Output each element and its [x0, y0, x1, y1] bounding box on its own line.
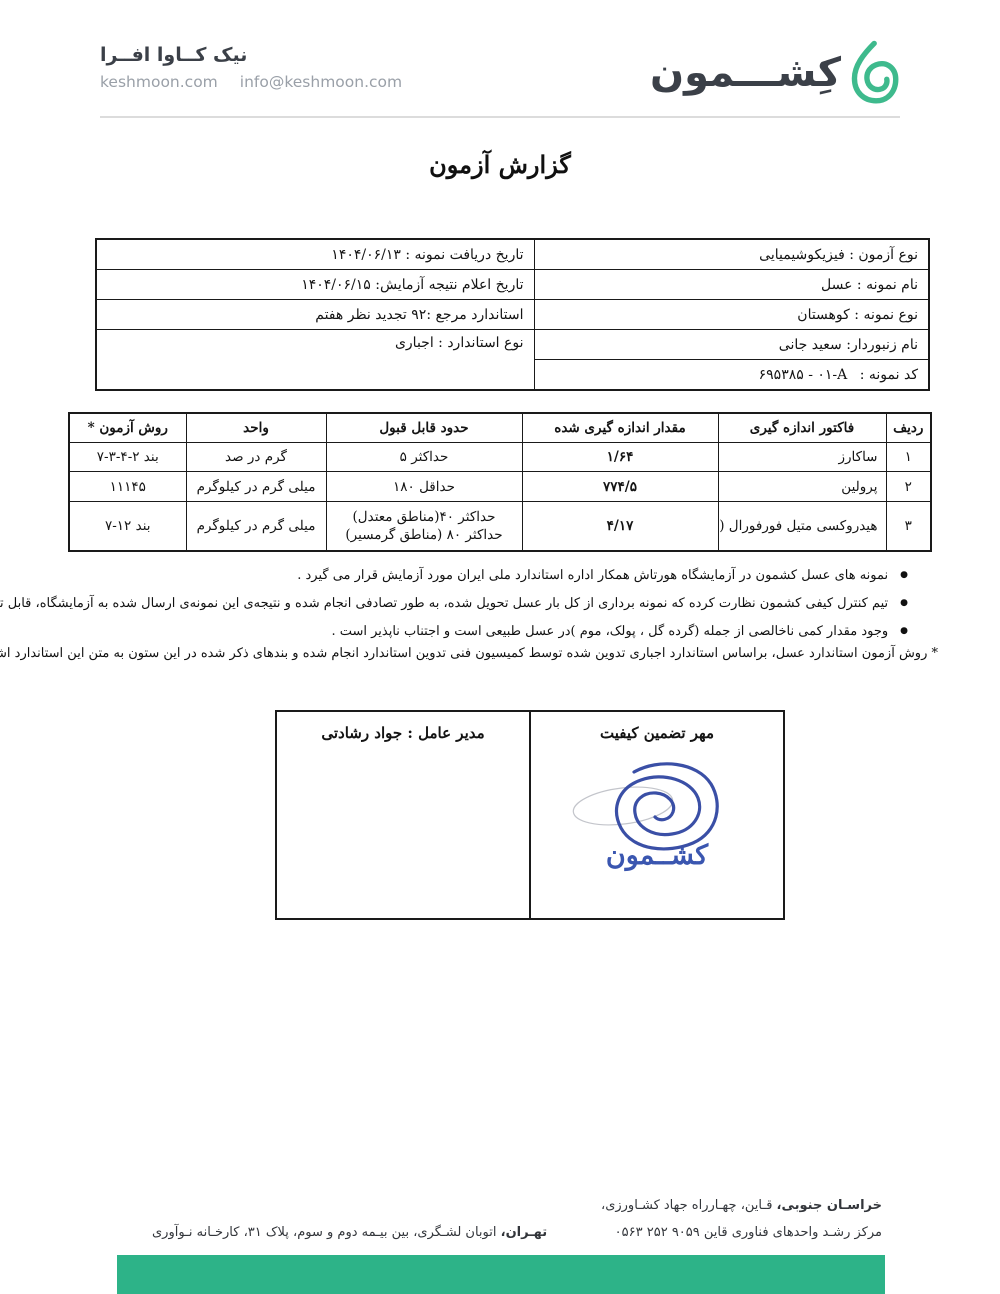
col-header-limits: حدود قابل قبول	[326, 413, 522, 443]
quality-stamp-cell: مهر تضمین کیفیت کشــمون	[529, 712, 783, 918]
limit-line-2: حداکثر ۸۰ (مناطق گرمسیر)	[331, 527, 518, 543]
info-receive-date: تاریخ دریافت نمونه : ۱۴۰۴/۰۶/۱۳	[96, 239, 534, 270]
col-header-unit: واحد	[186, 413, 326, 443]
email-text: info@keshmoon.com	[240, 73, 402, 91]
brand-wordmark: کِشـــمون	[650, 53, 841, 93]
note-text: نمونه های عسل کشمون در آزمایشگاه هورتاش …	[297, 568, 888, 583]
sample-info-table: نوع آزمون : فیزیکوشیمیایی تاریخ دریافت ن…	[95, 238, 930, 391]
sample-code-label: کد نمونه :	[860, 367, 918, 383]
footer-address-tehran: تهـران، اتوبان لشـگری، بین بیـمه دوم و س…	[152, 1219, 547, 1246]
company-name: نیک کــاوا افــرا	[100, 44, 402, 66]
info-sample-kind: نوع نمونه : کوهستان	[534, 300, 929, 330]
info-result-date: تاریخ اعلام نتیجه آزمایش: ۱۴۰۴/۰۶/۱۵	[96, 270, 534, 300]
note-text: وجود مقدار کمی ناخالصی از جمله (گرده گل …	[331, 624, 888, 639]
footer-line1-rest: قـاین، چهـارراه جهاد کشـاورزی،	[601, 1198, 777, 1213]
unit-cell: گرم در صد	[186, 443, 326, 472]
report-page: کِشـــمون نیک کــاوا افــرا keshmoon.com…	[0, 0, 1000, 1294]
page-title: گزارش آزمون	[0, 150, 1000, 179]
website-text: keshmoon.com	[100, 73, 218, 91]
row-number: ۱	[886, 443, 931, 472]
keshmoon-drop-logo-icon	[847, 38, 905, 108]
info-sample-code: کد نمونه : ۶۹۵۳۸۵ - ۰۱-A	[534, 360, 929, 391]
info-beekeeper: نام زنبوردار: سعید جانی	[534, 330, 929, 360]
bullet-icon: ●	[900, 598, 908, 608]
bullet-icon: ●	[900, 626, 908, 636]
col-header-method: روش آزمون *	[69, 413, 186, 443]
signature-box: مهر تضمین کیفیت کشــمون مدیر عامل : جواد…	[275, 710, 785, 920]
row-number: ۲	[886, 472, 931, 502]
footer-address-khorasan: خراسـان جنوبی، قـاین، چهـارراه جهاد کشـا…	[601, 1192, 882, 1246]
method-cell: بند ۲-۴-۳-۷	[69, 443, 186, 472]
note-line: ● نمونه های عسل کشمون در آزمایشگاه هورتا…	[55, 561, 938, 589]
note-line: ● تیم کنترل کیفی کشمون نظارت کرده که نمو…	[55, 589, 938, 617]
note-line: ● وجود مقدار کمی ناخالصی از جمله (گرده گ…	[55, 617, 938, 645]
table-row: ۳ هیدروکسی متیل فورفورال (HMF) ۴/۱۷ حداک…	[69, 502, 931, 552]
ceo-title: مدیر عامل : جواد رشادتی	[277, 724, 529, 742]
col-header-measured: مقدار اندازه گیری شده	[522, 413, 718, 443]
quality-stamp-title: مهر تضمین کیفیت	[531, 724, 783, 742]
factor-cell: هیدروکسی متیل فورفورال (HMF)	[718, 502, 886, 552]
keshmoon-stamp-icon: کشــمون	[571, 754, 743, 872]
unit-cell: میلی گرم در کیلوگرم	[186, 472, 326, 502]
info-test-type: نوع آزمون : فیزیکوشیمیایی	[534, 239, 929, 270]
unit-cell: میلی گرم در کیلوگرم	[186, 502, 326, 552]
factor-cell: ساکارز	[718, 443, 886, 472]
note-text: تیم کنترل کیفی کشمون نظارت کرده که نمونه…	[0, 596, 888, 611]
ceo-signature-cell: مدیر عامل : جواد رشادتی	[277, 712, 529, 918]
row-number: ۳	[886, 502, 931, 552]
method-footnote: * روش آزمون استاندارد عسل، براساس استاند…	[55, 646, 938, 674]
table-row: ۲ پرولین ۷۷۴/۵ حداقل ۱۸۰ میلی گرم در کیل…	[69, 472, 931, 502]
table-row: ۱ ساکارز ۱/۶۴ حداکثر ۵ گرم در صد بند ۲-۴…	[69, 443, 931, 472]
measured-value-cell: ۱/۶۴	[522, 443, 718, 472]
stamp-word: کشــمون	[606, 840, 709, 872]
info-standard-type: نوع استاندارد : اجباری	[96, 330, 534, 391]
limit-cell: حداکثر ۴۰(مناطق معتدل) حداکثر ۸۰ (مناطق …	[326, 502, 522, 552]
info-sample-name: نام نمونه : عسل	[534, 270, 929, 300]
limit-line-1: حداکثر ۴۰(مناطق معتدل)	[331, 509, 518, 525]
factor-cell: پرولین	[718, 472, 886, 502]
footer-line-1: خراسـان جنوبی، قـاین، چهـارراه جهاد کشـا…	[601, 1192, 882, 1219]
bullet-icon: ●	[900, 570, 908, 580]
info-ref-standard: استاندارد مرجع :۹۲ تجدید نظر هفتم	[96, 300, 534, 330]
measured-value-cell: ۷۷۴/۵	[522, 472, 718, 502]
company-block: نیک کــاوا افــرا keshmoon.com info@kesh…	[100, 44, 402, 91]
sample-code-value: ۶۹۵۳۸۵ - ۰۱-A	[759, 367, 848, 383]
notes-section: ● نمونه های عسل کشمون در آزمایشگاه هورتا…	[55, 561, 938, 674]
footer-tehran-rest: اتوبان لشـگری، بین بیـمه دوم و سوم، پلاک…	[152, 1225, 501, 1240]
limit-cell: حداکثر ۵	[326, 443, 522, 472]
brand-block: کِشـــمون	[650, 38, 905, 108]
footer-line-2: مرکز رشـد واحدهای فناوری قاین ۹۰۵۹ ۲۵۲ ۰…	[601, 1219, 882, 1246]
footer-region-bold: خراسـان جنوبی،	[777, 1198, 882, 1213]
method-cell: ۱۱۱۴۵	[69, 472, 186, 502]
col-header-factor: فاکتور اندازه گیری	[718, 413, 886, 443]
method-cell: بند ۱۲-۷	[69, 502, 186, 552]
col-header-row: ردیف	[886, 413, 931, 443]
results-table: ردیف فاکتور اندازه گیری مقدار اندازه گیر…	[68, 412, 932, 552]
limit-cell: حداقل ۱۸۰	[326, 472, 522, 502]
measured-value-cell: ۴/۱۷	[522, 502, 718, 552]
footer-tehran-bold: تهـران،	[501, 1225, 547, 1240]
header-divider	[100, 116, 900, 118]
footer-green-bar	[117, 1255, 885, 1294]
